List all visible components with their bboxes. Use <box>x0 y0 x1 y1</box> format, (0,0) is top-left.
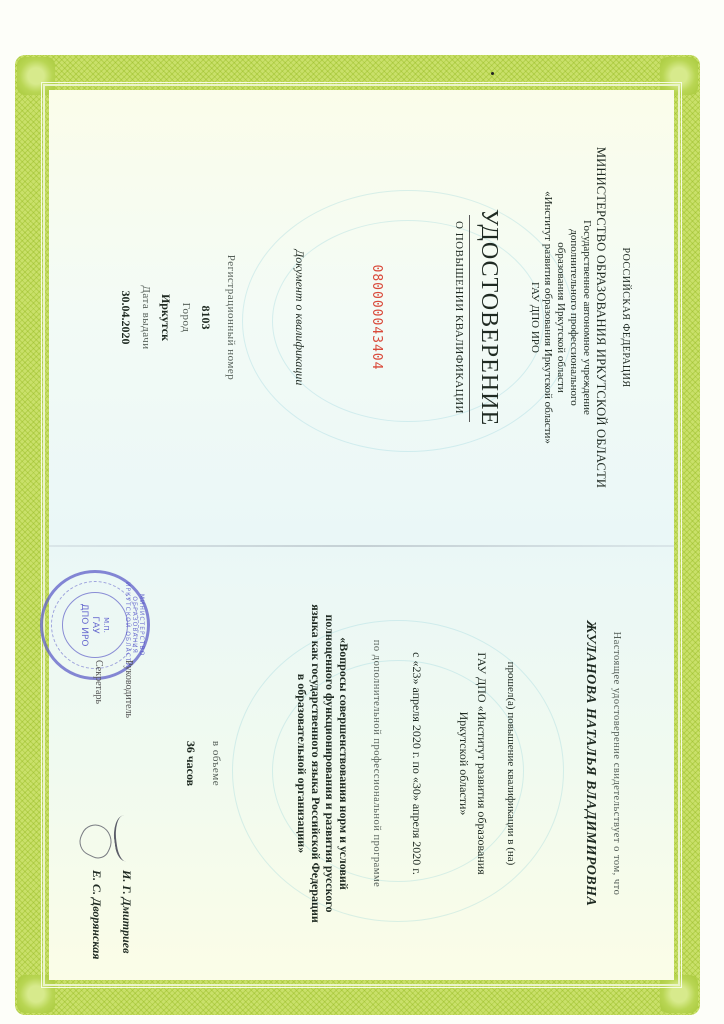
org-line: ГАУ ДПО ИРО <box>528 90 541 545</box>
serial-number: 080000043404 <box>369 90 384 545</box>
signatory-role: Руководитель <box>123 660 134 718</box>
program-label: по дополнительной профессиональной прогр… <box>371 547 382 980</box>
institution-line: Иркутской области» <box>456 547 471 980</box>
ministry-heading: МИНИСТЕРСТВО ОБРАЗОВАНИЯ ИРКУТСКОЙ ОБЛАС… <box>593 90 608 545</box>
watermark-pattern <box>272 220 544 422</box>
fold-line <box>49 545 674 547</box>
city-value: Иркутск <box>158 90 173 545</box>
corner-ornament <box>660 975 698 1013</box>
city-label: Город <box>180 90 192 545</box>
org-line: дополнительного профессионального <box>567 90 580 545</box>
program-title-line: полноценного функционирования и развития… <box>323 547 337 980</box>
corner-ornament <box>17 975 55 1013</box>
volume-value: 36 часов <box>183 547 198 980</box>
signatory-name: И. Г. Дмитриев <box>119 870 134 953</box>
recipient-name: ЖУЛАНОВА НАТАЛЬЯ ВЛАДИМИРОВНА <box>582 547 598 980</box>
intro-text: Настоящее удостоверение свидетельствует … <box>611 547 622 980</box>
signatory-name: Е. С. Дворянская <box>89 870 104 959</box>
passed-text: прошел(а) повышение квалификации в (на) <box>505 547 517 980</box>
issue-date: 30.04.2020 <box>118 90 133 545</box>
course-period: с «23» апреля 2020 г. по «30» апреля 202… <box>409 547 424 980</box>
certificate-subtitle: О ПОВЫШЕНИИ КВАЛИФИКАЦИИ <box>453 90 465 545</box>
program-title-line: языка как государственного языка Российс… <box>309 547 323 980</box>
program-title-line: в образовательной организации» <box>295 547 309 980</box>
title-rule <box>469 215 470 422</box>
org-line: Государственное автономное учреждение <box>580 90 593 545</box>
institution-line: ГАУ ДПО «Институт развития образования <box>474 547 489 980</box>
country-label: РОССИЙСКАЯ ФЕДЕРАЦИЯ <box>620 90 631 545</box>
certificate-title: УДОСТОВЕРЕНИЕ <box>475 90 502 545</box>
issue-date-label: Дата выдачи <box>140 90 152 545</box>
org-line: «Институт развития образования Иркутской… <box>541 90 554 545</box>
document-type: Документ о квалификации <box>292 90 307 545</box>
scan-speck <box>491 72 494 75</box>
certificate-page: РОССИЙСКАЯ ФЕДЕРАЦИЯ МИНИСТЕРСТВО ОБРАЗО… <box>0 0 724 1024</box>
registration-label: Регистрационный номер <box>225 90 237 545</box>
volume-label: в объеме <box>210 547 222 980</box>
registration-number: 8103 <box>198 90 213 545</box>
org-line: образования Иркутской области <box>554 90 567 545</box>
program-title-line: «Вопросы совершенствования норм и услови… <box>337 547 351 980</box>
signatory-role: Секретарь <box>93 660 104 704</box>
